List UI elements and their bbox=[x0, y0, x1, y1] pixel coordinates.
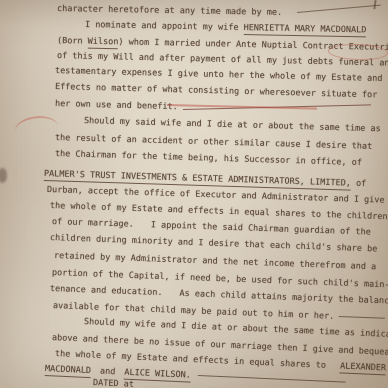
typed-rule bbox=[339, 316, 385, 319]
text-line: the result of an accident or other simil… bbox=[55, 133, 372, 152]
body-text: Effects no matter of what consisting or … bbox=[55, 82, 378, 100]
body-text: testamentary expenses I give unto her th… bbox=[55, 66, 383, 84]
body-text: I appoint the said Chairman guardian of … bbox=[151, 220, 371, 237]
document-page: character heretofore at any time made by… bbox=[0, 0, 388, 388]
text-line: Should my said wife and I die at or abou… bbox=[84, 116, 381, 134]
text-line: children during minority and I desire th… bbox=[50, 233, 378, 254]
typed-rule bbox=[198, 375, 346, 383]
body-text: her own use and benefit. bbox=[55, 99, 178, 112]
body-text: children during minority and I desire th… bbox=[50, 233, 378, 254]
body-text: DATED at bbox=[93, 378, 134, 388]
text-line: I nominate and appoint my wife HENRIETTA… bbox=[85, 20, 367, 35]
red-pencil-tick bbox=[13, 114, 58, 132]
body-text: of our marriage. bbox=[52, 217, 134, 230]
body-text: ) whom I married under Ante Nuptial Cont… bbox=[118, 37, 348, 52]
text-line: DATED at bbox=[93, 378, 134, 388]
text-line: her own use and benefit. bbox=[55, 99, 178, 112]
underlined-name: HENRIETTA MARY MACDONALD bbox=[243, 23, 366, 37]
typed-gap bbox=[134, 227, 151, 228]
body-text: and bbox=[100, 367, 116, 378]
body-text: As each child attains majority the balan… bbox=[179, 289, 388, 307]
body-text: I nominate and appoint my wife bbox=[85, 20, 244, 33]
underlined-name: ALEXANDER bbox=[340, 361, 387, 374]
body-text: character heretofore at any time made by… bbox=[57, 4, 282, 18]
body-text: tenance and education. bbox=[50, 284, 163, 298]
body-text: (Born bbox=[57, 36, 88, 47]
text-line: testamentary expenses I give unto her th… bbox=[55, 66, 383, 84]
body-text: Should my said wife and I die at or abou… bbox=[84, 116, 381, 134]
underlined-name: MACDONALD bbox=[45, 364, 92, 378]
text-line: character heretofore at any time made by… bbox=[57, 4, 282, 18]
text-line: Effects no matter of what consisting or … bbox=[55, 82, 378, 100]
ink-smudge bbox=[0, 168, 7, 183]
body-text: the result of an accident or other simil… bbox=[55, 133, 372, 152]
text-line: the Chairman for the time being, his Suc… bbox=[55, 149, 362, 168]
drawn-rule bbox=[297, 5, 381, 13]
typed-gap bbox=[162, 295, 179, 296]
body-text: of bbox=[351, 179, 367, 189]
underlined-name: Wilson bbox=[88, 37, 119, 49]
body-text: the Chairman for the time being, his Suc… bbox=[55, 149, 362, 168]
